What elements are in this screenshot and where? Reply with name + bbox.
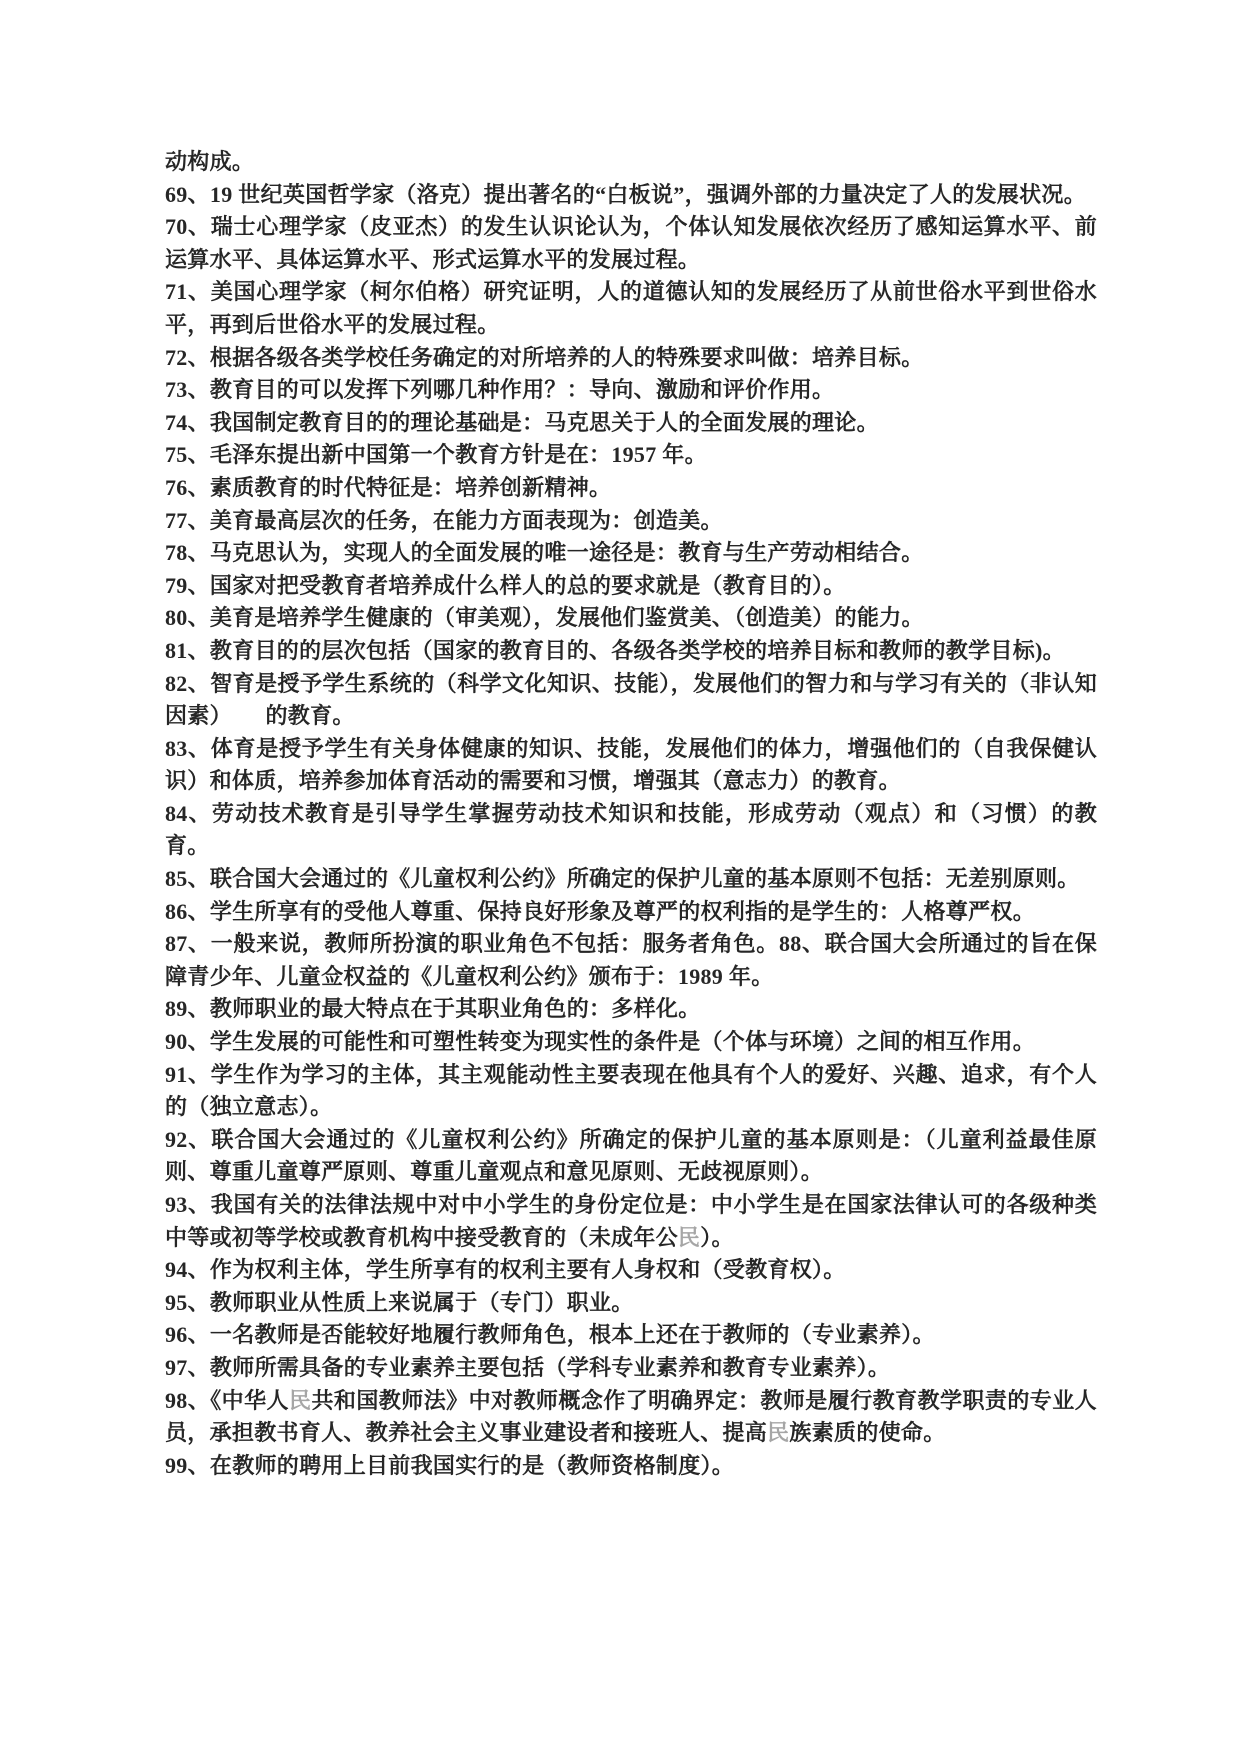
paragraph: 80、美育是培养学生健康的（审美观），发展他们鉴赏美、（创造美）的能力。 — [165, 602, 1097, 635]
document-page: 动构成。69、19 世纪英国哲学家（洛克）提出著名的“白板说”，强调外部的力量决… — [0, 0, 1241, 1754]
paragraph: 69、19 世纪英国哲学家（洛克）提出著名的“白板说”，强调外部的力量决定了人的… — [165, 179, 1097, 212]
text-run: 78、马克思认为，实现人的全面发展的唯一途径是：教育与生产劳动相结合。 — [165, 540, 924, 565]
paragraph: 74、我国制定教育目的的理论基础是：马克思关于人的全面发展的理论。 — [165, 407, 1097, 440]
paragraph: 91、学生作为学习的主体，其主观能动性主要表现在他具有个人的爱好、兴趣、追求，有… — [165, 1059, 1097, 1124]
text-run: 81、教育目的的层次包括（国家的教育目的、各级各类学校的培养目标和教师的教学目标… — [165, 638, 1065, 663]
paragraph: 动构成。 — [165, 146, 1097, 179]
paragraph: 96、一名教师是否能较好地履行教师角色，根本上还在于教师的（专业素养）。 — [165, 1319, 1097, 1352]
text-run: 92、联合国大会通过的《儿童权利公约》所确定的保护儿童的基本原则是：（儿童利益最… — [165, 1127, 1097, 1185]
paragraph: 75、毛泽东提出新中国第一个教育方针是在：1957 年。 — [165, 439, 1097, 472]
paragraph: 71、美国心理学家（柯尔伯格）研究证明，人的道德认知的发展经历了从前世俗水平到世… — [165, 276, 1097, 341]
text-run: 73、教育目的可以发挥下列哪几种作用？：导向、激励和评价作用。 — [165, 377, 834, 402]
text-run: 97、教师所需具备的专业素养主要包括（学科专业素养和教育专业素养）。 — [165, 1355, 890, 1380]
text-run: 80、美育是培养学生健康的（审美观），发展他们鉴赏美、（创造美）的能力。 — [165, 605, 924, 630]
text-run: 77、美育最高层次的任务，在能力方面表现为：创造美。 — [165, 508, 723, 533]
text-run: 82、智育是授予学生系统的（科学文化知识、技能），发展他们的智力和与学习有关的（… — [165, 671, 1097, 729]
text-run-muted: 民 — [767, 1420, 789, 1445]
paragraph: 95、教师职业从性质上来说属于（专门）职业。 — [165, 1287, 1097, 1320]
text-run: 76、素质教育的时代特征是：培养创新精神。 — [165, 475, 611, 500]
text-run-muted: 民 — [289, 1388, 311, 1413]
paragraph: 98、《中华人民共和国教师法》中对教师概念作了明确界定：教师是履行教育教学职责的… — [165, 1385, 1097, 1450]
text-run: 71、美国心理学家（柯尔伯格）研究证明，人的道德认知的发展经历了从前世俗水平到世… — [165, 279, 1097, 337]
paragraph: 99、在教师的聘用上目前我国实行的是（教师资格制度）。 — [165, 1450, 1097, 1483]
paragraph: 92、联合国大会通过的《儿童权利公约》所确定的保护儿童的基本原则是：（儿童利益最… — [165, 1124, 1097, 1189]
paragraph: 90、学生发展的可能性和可塑性转变为现实性的条件是（个体与环境）之间的相互作用。 — [165, 1026, 1097, 1059]
paragraph: 93、我国有关的法律法规中对中小学生的身份定位是：中小学生是在国家法律认可的各级… — [165, 1189, 1097, 1254]
text-run: 74、我国制定教育目的的理论基础是：马克思关于人的全面发展的理论。 — [165, 410, 879, 435]
paragraph: 70、瑞士心理学家（皮亚杰）的发生认识论认为，个体认知发展依次经历了感知运算水平… — [165, 211, 1097, 276]
paragraph: 89、教师职业的最大特点在于其职业角色的：多样化。 — [165, 993, 1097, 1026]
text-run: 95、教师职业从性质上来说属于（专门）职业。 — [165, 1290, 634, 1315]
text-run: 90、学生发展的可能性和可塑性转变为现实性的条件是（个体与环境）之间的相互作用。 — [165, 1029, 1035, 1054]
text-run: 94、作为权利主体，学生所享有的权利主要有人身权和（受教育权）。 — [165, 1257, 846, 1282]
text-run: 69、19 世纪英国哲学家（洛克）提出著名的“白板说”，强调外部的力量决定了人的… — [165, 182, 1086, 207]
document-body: 动构成。69、19 世纪英国哲学家（洛克）提出著名的“白板说”，强调外部的力量决… — [165, 146, 1097, 1482]
text-run: 89、教师职业的最大特点在于其职业角色的：多样化。 — [165, 996, 701, 1021]
text-run: 91、学生作为学习的主体，其主观能动性主要表现在他具有个人的爱好、兴趣、追求，有… — [165, 1062, 1097, 1120]
text-run: 93、我国有关的法律法规中对中小学生的身份定位是：中小学生是在国家法律认可的各级… — [165, 1192, 1097, 1250]
text-run: 79、国家对把受教育者培养成什么样人的总的要求就是（教育目的）。 — [165, 573, 846, 598]
paragraph: 83、体育是授予学生有关身体健康的知识、技能，发展他们的体力，增强他们的（自我保… — [165, 733, 1097, 798]
text-run: 70、瑞士心理学家（皮亚杰）的发生认识论认为，个体认知发展依次经历了感知运算水平… — [165, 214, 1097, 272]
paragraph: 76、素质教育的时代特征是：培养创新精神。 — [165, 472, 1097, 505]
paragraph: 79、国家对把受教育者培养成什么样人的总的要求就是（教育目的）。 — [165, 570, 1097, 603]
paragraph: 85、联合国大会通过的《儿童权利公约》所确定的保护儿童的基本原则不包括：无差别原… — [165, 863, 1097, 896]
paragraph: 81、教育目的的层次包括（国家的教育目的、各级各类学校的培养目标和教师的教学目标… — [165, 635, 1097, 668]
text-run: 86、学生所享有的受他人尊重、保持良好形象及尊严的权利指的是学生的：人格尊严权。 — [165, 899, 1035, 924]
paragraph: 82、智育是授予学生系统的（科学文化知识、技能），发展他们的智力和与学习有关的（… — [165, 668, 1097, 733]
paragraph: 97、教师所需具备的专业素养主要包括（学科专业素养和教育专业素养）。 — [165, 1352, 1097, 1385]
text-run: 72、根据各级各类学校任务确定的对所培养的人的特殊要求叫做：培养目标。 — [165, 345, 924, 370]
text-run: 98、《中华人 — [165, 1388, 289, 1413]
text-run: 83、体育是授予学生有关身体健康的知识、技能，发展他们的体力，增强他们的（自我保… — [165, 736, 1097, 794]
paragraph: 94、作为权利主体，学生所享有的权利主要有人身权和（受教育权）。 — [165, 1254, 1097, 1287]
text-run: ）。 — [700, 1225, 734, 1250]
text-run: 动构成。 — [165, 149, 254, 174]
paragraph: 86、学生所享有的受他人尊重、保持良好形象及尊严的权利指的是学生的：人格尊严权。 — [165, 896, 1097, 929]
text-run: 75、毛泽东提出新中国第一个教育方针是在：1957 年。 — [165, 442, 707, 467]
paragraph: 78、马克思认为，实现人的全面发展的唯一途径是：教育与生产劳动相结合。 — [165, 537, 1097, 570]
text-run: 85、联合国大会通过的《儿童权利公约》所确定的保护儿童的基本原则不包括：无差别原… — [165, 866, 1080, 891]
paragraph: 73、教育目的可以发挥下列哪几种作用？：导向、激励和评价作用。 — [165, 374, 1097, 407]
text-run: 87、一般来说，教师所扮演的职业角色不包括：服务者角色。88、联合国大会所通过的… — [165, 931, 1097, 989]
paragraph: 87、一般来说，教师所扮演的职业角色不包括：服务者角色。88、联合国大会所通过的… — [165, 928, 1097, 993]
text-run: 99、在教师的聘用上目前我国实行的是（教师资格制度）。 — [165, 1453, 734, 1478]
text-run: 族素质的使命。 — [789, 1420, 945, 1445]
text-run-muted: 民 — [678, 1225, 700, 1250]
text-run: 84、劳动技术教育是引导学生掌握劳动技术知识和技能，形成劳动（观点）和（习惯）的… — [165, 801, 1097, 859]
text-run: 96、一名教师是否能较好地履行教师角色，根本上还在于教师的（专业素养）。 — [165, 1322, 935, 1347]
paragraph: 84、劳动技术教育是引导学生掌握劳动技术知识和技能，形成劳动（观点）和（习惯）的… — [165, 798, 1097, 863]
paragraph: 77、美育最高层次的任务，在能力方面表现为：创造美。 — [165, 505, 1097, 538]
paragraph: 72、根据各级各类学校任务确定的对所培养的人的特殊要求叫做：培养目标。 — [165, 342, 1097, 375]
